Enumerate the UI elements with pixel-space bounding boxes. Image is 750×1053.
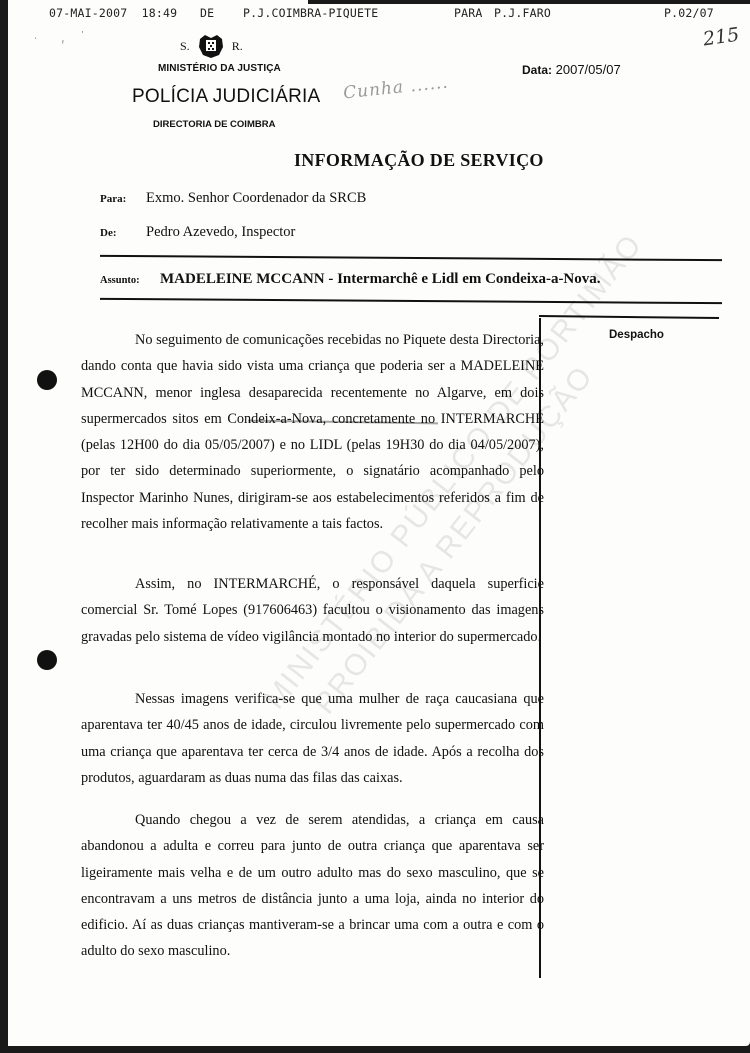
punch-hole xyxy=(37,650,57,670)
fax-to-label: PARA xyxy=(454,6,483,20)
fax-to: P.J.FARO xyxy=(494,6,551,20)
letterhead-crest-row: S. R. xyxy=(180,34,243,58)
fax-from: P.J.COIMBRA-PIQUETE xyxy=(243,6,378,20)
letter-r: R. xyxy=(232,39,243,54)
agency-name: POLÍCIA JUDICIÁRIA xyxy=(132,86,320,108)
to-value: Exmo. Senhor Coordenador da SRCB xyxy=(146,190,366,206)
body-paragraph-3: Nessas imagens verifica-se que uma mulhe… xyxy=(81,686,544,791)
to-label: Para: xyxy=(100,193,146,205)
handwritten-page-number: 215 xyxy=(702,24,741,51)
faint-stamp: Cunha ...... xyxy=(342,73,449,104)
document-page: 07-MAI-2007 18:49 DE P.J.COIMBRA-PIQUETE… xyxy=(8,0,750,1046)
fax-header: 07-MAI-2007 18:49 DE P.J.COIMBRA-PIQUETE… xyxy=(8,6,750,22)
divider-bottom xyxy=(100,298,722,304)
from-row: De:Pedro Azevedo, Inspector xyxy=(100,224,295,241)
document-title: INFORMAÇÃO DE SERVIÇO xyxy=(294,150,544,171)
ministry-name: MINISTÉRIO DA JUSTIÇA xyxy=(158,63,281,74)
despacho-label: Despacho xyxy=(609,329,664,341)
body-paragraph-2: Assim, no INTERMARCHÉ, o responsável daq… xyxy=(81,571,544,650)
fax-page: P.02/07 xyxy=(664,6,714,20)
body-paragraph-1: No seguimento de comunicações recebidas … xyxy=(81,327,544,537)
subject-row: Assunto:MADELEINE MCCANN - Intermarchê e… xyxy=(100,271,601,288)
scan-edge xyxy=(308,0,750,4)
fax-from-label: DE xyxy=(200,6,214,20)
coat-of-arms-icon xyxy=(196,33,226,59)
body-paragraph-4: Quando chegou a vez de serem atendidas, … xyxy=(81,807,544,965)
punch-hole xyxy=(37,370,57,390)
scan-speck: · xyxy=(81,27,84,37)
scan-speck: ᶠ xyxy=(62,38,64,48)
from-value: Pedro Azevedo, Inspector xyxy=(146,224,295,240)
subject-value: MADELEINE MCCANN - Intermarchê e Lidl em… xyxy=(160,271,601,287)
scan-speck: ˌ xyxy=(34,29,37,39)
directorate-name: DIRECTORIA DE COIMBRA xyxy=(153,119,275,130)
fax-datetime: 07-MAI-2007 18:49 xyxy=(49,6,177,20)
document-date: Data: 2007/05/07 xyxy=(522,62,621,77)
subject-label: Assunto: xyxy=(100,275,160,286)
to-row: Para:Exmo. Senhor Coordenador da SRCB xyxy=(100,190,366,207)
letter-s: S. xyxy=(180,39,190,54)
date-value: 2007/05/07 xyxy=(556,62,621,77)
despacho-divider xyxy=(539,315,719,318)
from-label: De: xyxy=(100,227,146,239)
date-label: Data: xyxy=(522,63,552,77)
divider-top xyxy=(100,255,722,261)
